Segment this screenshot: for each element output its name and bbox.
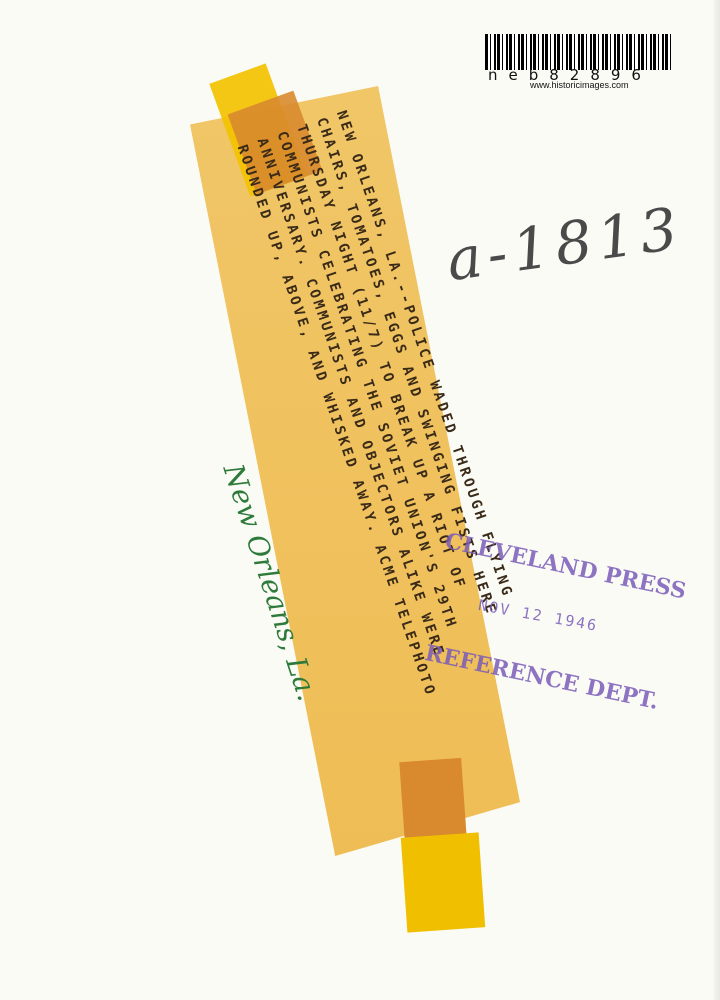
handwritten-id: a-1813 xyxy=(442,194,687,294)
photo-edge xyxy=(714,0,720,1000)
tape-bottom xyxy=(401,832,485,932)
tape-bottom-overlap xyxy=(399,758,466,842)
barcode xyxy=(485,34,671,70)
barcode-url: www.historicimages.com xyxy=(530,80,629,90)
